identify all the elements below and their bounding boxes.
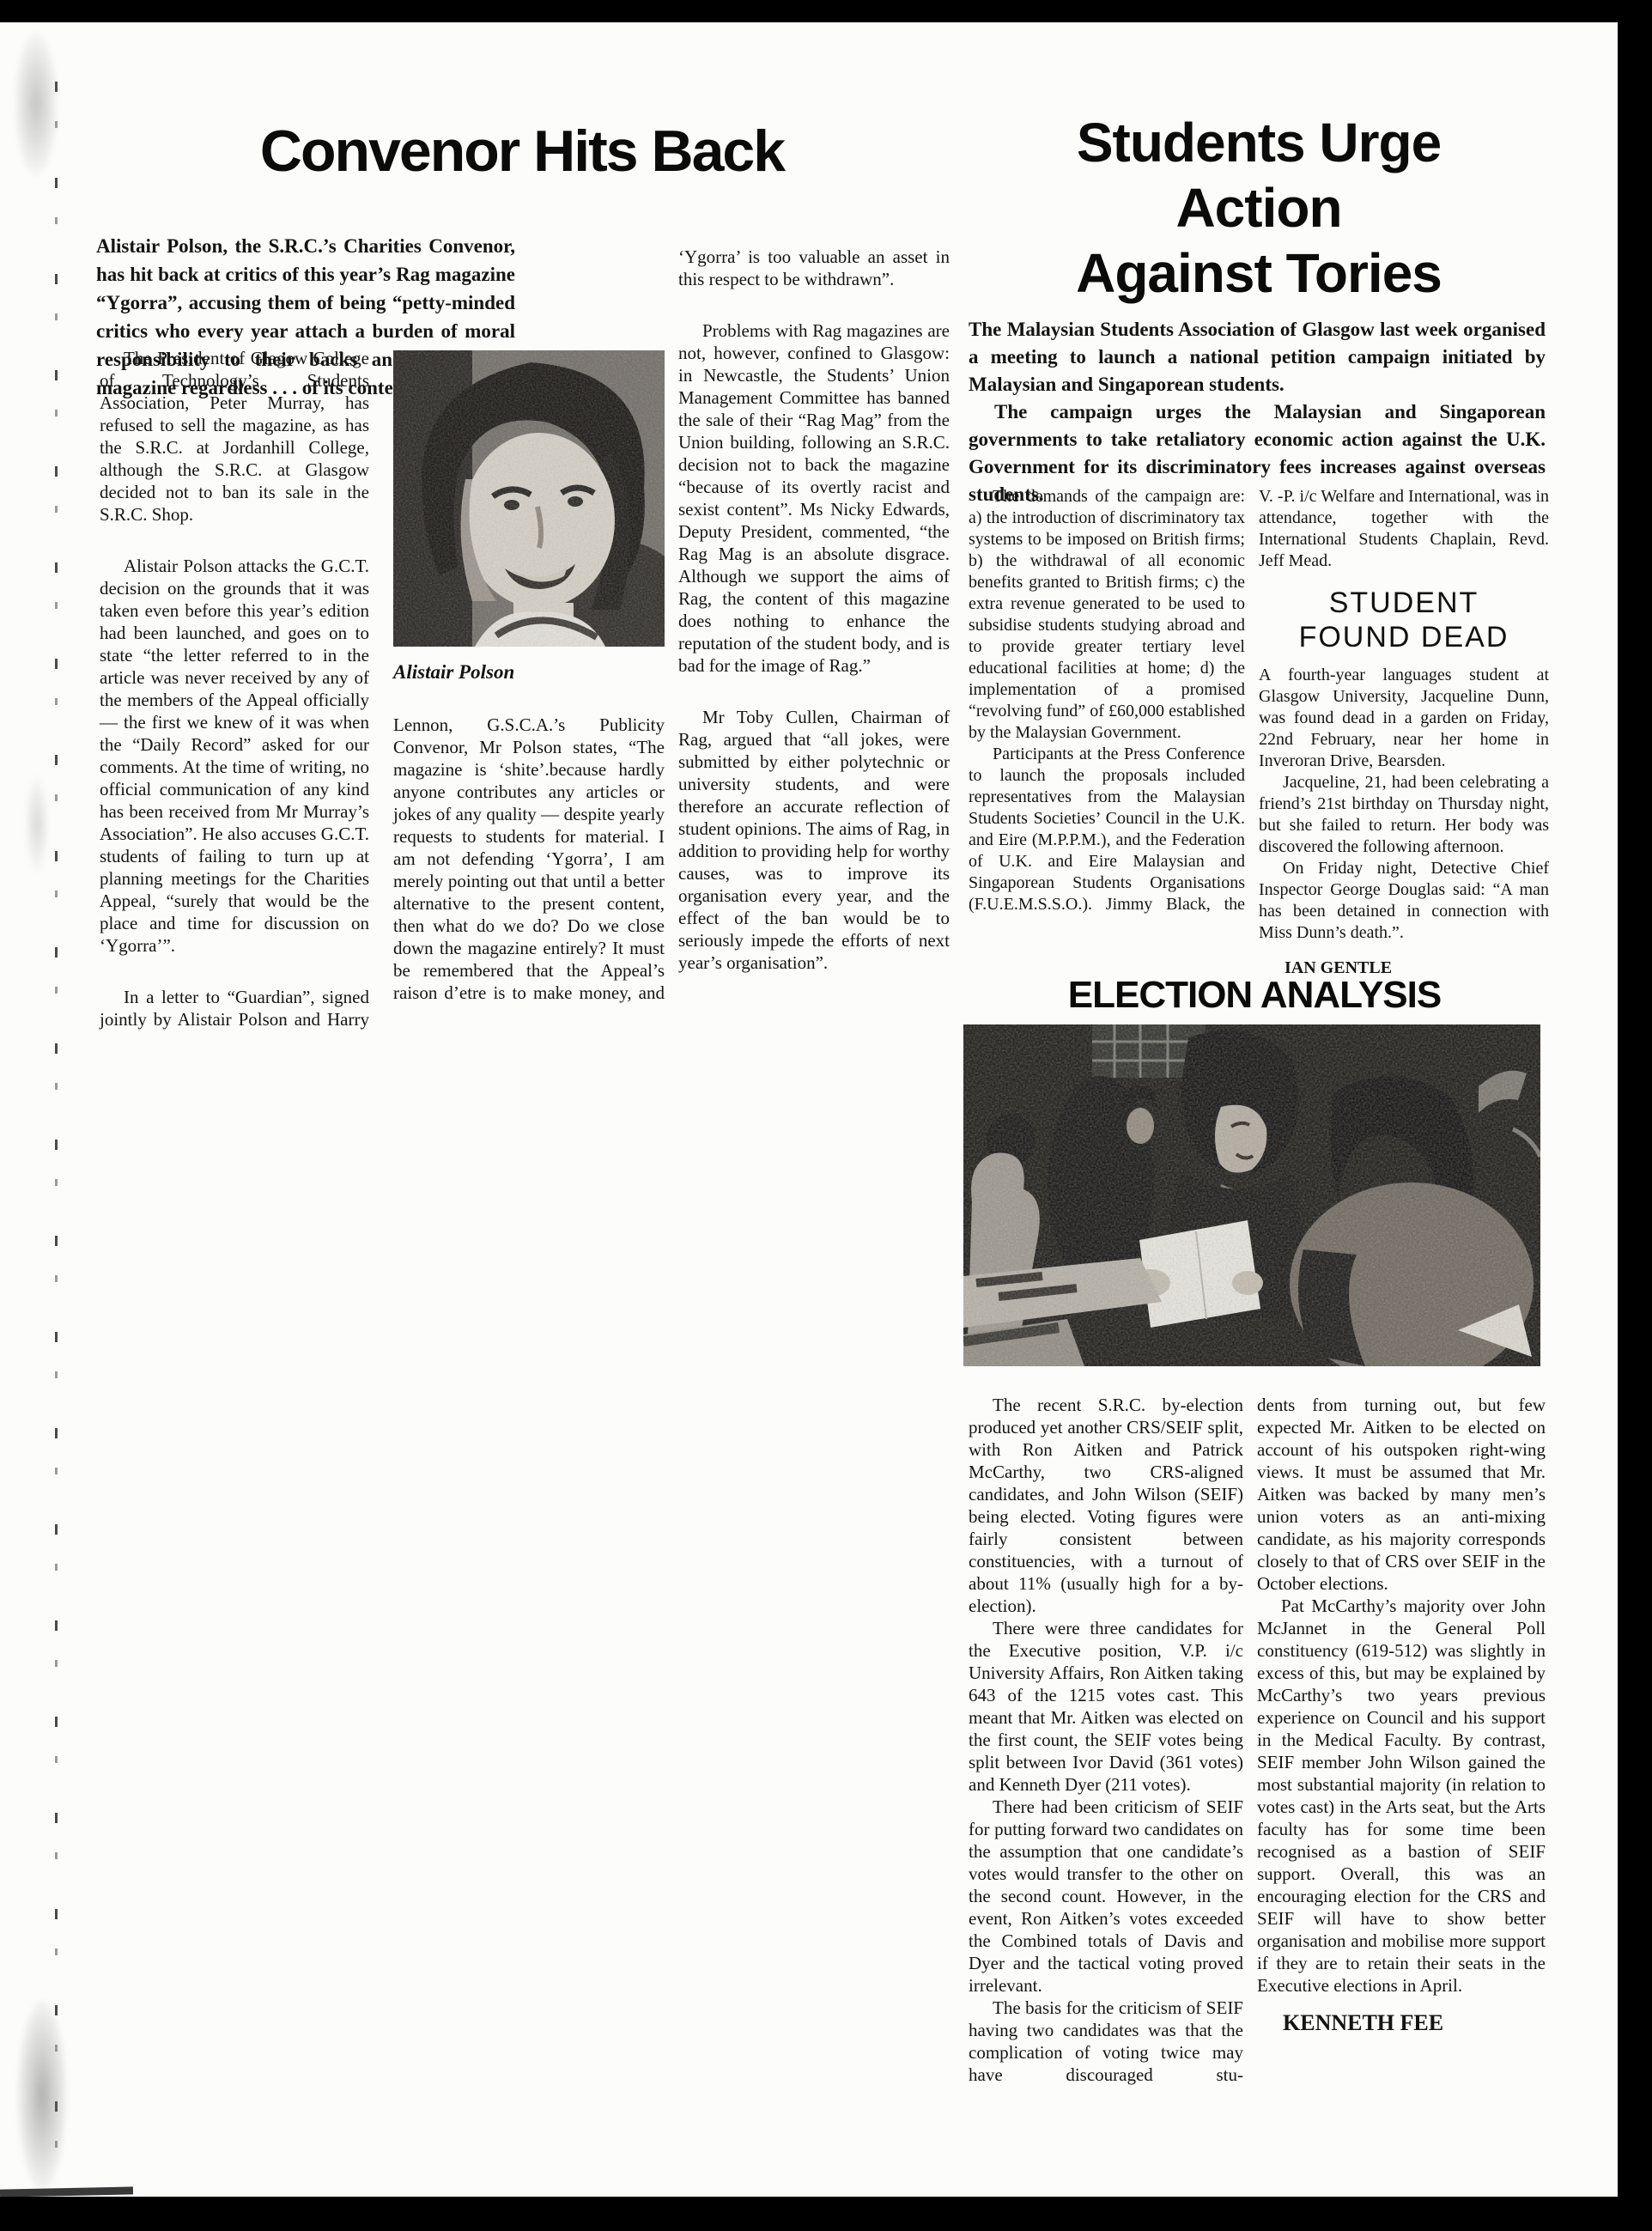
paragraph: Alistair Polson attacks the G.C.T. decis… — [100, 555, 369, 957]
byline-kenneth-fee: KENNETH FEE — [1257, 2010, 1546, 2036]
paragraph: In a letter to “Guardian”, signed jointl… — [100, 986, 369, 1030]
column-3: ‘Ygorra’ is too valuable an asset in thi… — [678, 246, 950, 974]
scan-smudge — [14, 31, 58, 177]
section-election-analysis: ELECTION ANALYSIS — [963, 975, 1546, 2194]
scan-smudge — [24, 773, 50, 876]
paragraph: There had been criticism of SEIF for put… — [969, 1796, 1243, 1997]
subhead-line: STUDENT — [1259, 586, 1549, 620]
column-right: V. -P. i/c Welfare and International, wa… — [1259, 486, 1549, 979]
paragraph: The basis for the criticism of SEIF havi… — [969, 1997, 1243, 2086]
paragraph: The demands of the campaign are: a) the … — [969, 486, 1245, 744]
paragraph: There were three candidates for the Exec… — [969, 1617, 1243, 1796]
column-1: The President of Glagow College of Techn… — [100, 347, 369, 1030]
paragraph: Problems with Rag magazines are not, how… — [678, 319, 950, 677]
paragraph: A fourth-year languages student at Glasg… — [1259, 665, 1549, 772]
headline-line: Students Urge — [969, 110, 1549, 175]
article-convenor-hits-back: Convenor Hits Back Alistair Polson, the … — [93, 120, 951, 1254]
scan-margin-line — [55, 82, 58, 2194]
scan-smudge — [17, 2001, 67, 2190]
paragraph: Mr Toby Cullen, Chairman of Rag, argued … — [678, 706, 950, 974]
paragraph: The Malaysian Students Association of Gl… — [969, 316, 1546, 398]
headline-line: Action — [969, 175, 1549, 240]
column-2: Alistair Polson Lennon, G.S.C.A.’s Publi… — [393, 350, 665, 1004]
subhead-line: FOUND DEAD — [1259, 620, 1549, 654]
paragraph: On Friday night, Detective Chief Inspect… — [1259, 858, 1549, 944]
subhead-student-found-dead: STUDENT FOUND DEAD — [1259, 586, 1549, 654]
paragraph: V. -P. i/c Welfare and International, wa… — [1259, 486, 1549, 572]
scan-border-right — [1618, 0, 1652, 2231]
column-left: The demands of the campaign are: a) the … — [969, 486, 1245, 915]
paragraph: The recent S.R.C. by-election produced y… — [969, 1394, 1243, 1617]
paragraph: The President of Glagow College of Techn… — [100, 347, 369, 526]
headline-convenor-hits-back: Convenor Hits Back — [93, 120, 951, 182]
headline-election-analysis: ELECTION ANALYSIS — [963, 975, 1546, 1016]
election-photo — [963, 1024, 1540, 1366]
column-right: dents from turning out, but few expected… — [1257, 1394, 1546, 2036]
scan-border-top — [0, 0, 1652, 22]
newspaper-page: Convenor Hits Back Alistair Polson, the … — [0, 0, 1652, 2231]
headline-line: Against Tories — [969, 240, 1549, 306]
photo-caption: Alistair Polson — [393, 660, 665, 684]
article-intro: The Malaysian Students Association of Gl… — [969, 316, 1546, 508]
scan-smear — [0, 2186, 133, 2197]
paragraph: Lennon, G.S.C.A.’s Publicity Convenor, M… — [393, 714, 665, 1004]
column-left: The recent S.R.C. by-election produced y… — [969, 1394, 1243, 2086]
paragraph: ‘Ygorra’ is too valuable an asset in thi… — [678, 246, 950, 290]
paragraph: Participants at the Press Conference to … — [969, 744, 1245, 915]
portrait-photo — [393, 350, 665, 647]
headline-students-urge-action: Students Urge Action Against Tories — [969, 110, 1549, 306]
article-students-urge-action: Students Urge Action Against Tories The … — [969, 110, 1549, 977]
paragraph: Pat McCarthy’s majority over John McJann… — [1257, 1595, 1546, 1997]
paragraph: dents from turning out, but few expected… — [1257, 1394, 1546, 1595]
paragraph: Jacqueline, 21, had been celebrating a f… — [1259, 772, 1549, 858]
scan-border-bottom — [0, 2197, 1652, 2231]
